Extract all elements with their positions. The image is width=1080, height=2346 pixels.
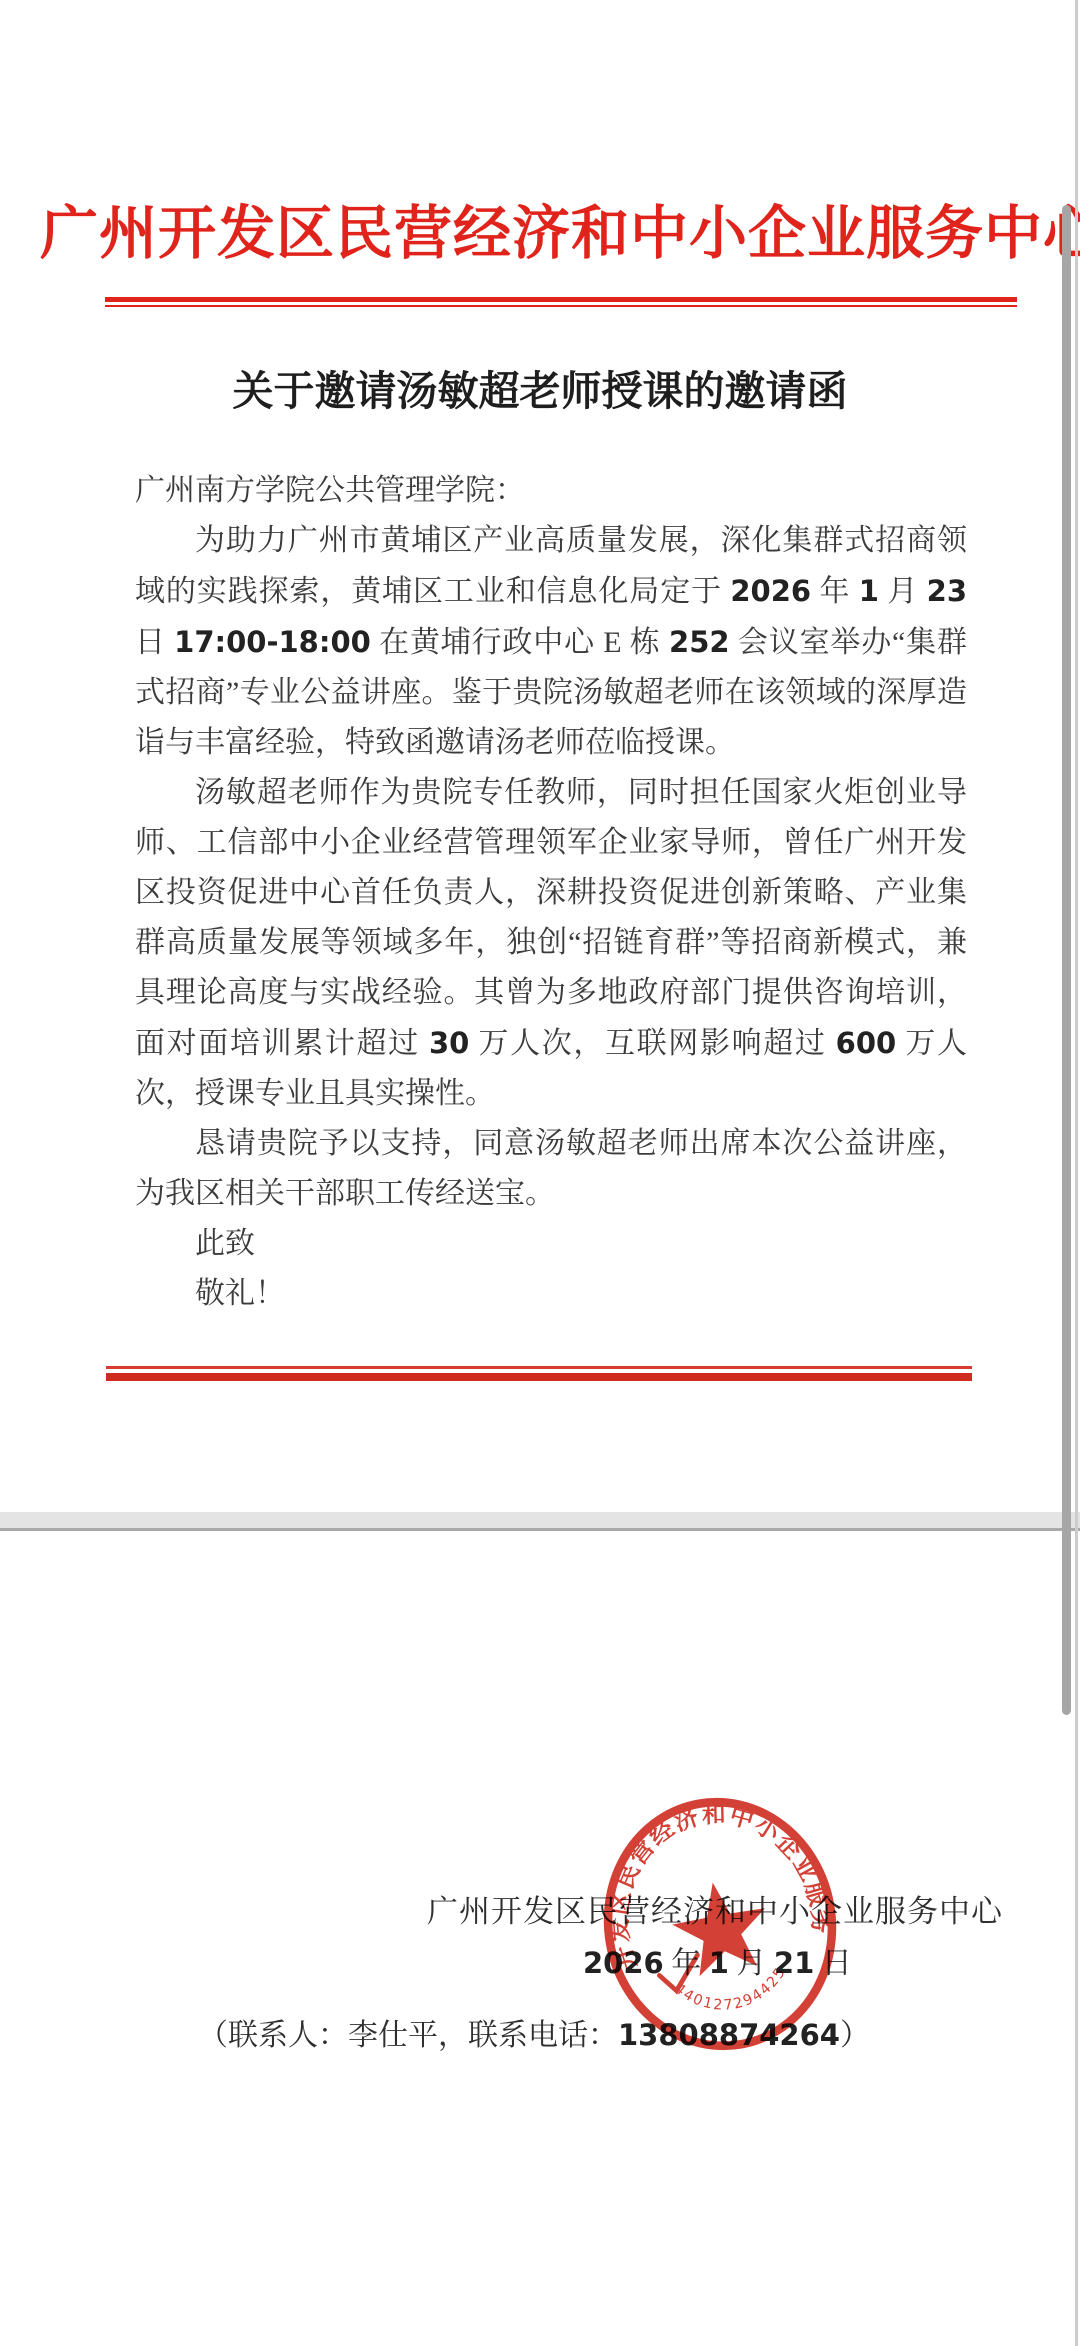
- closing-red-rule: [106, 1366, 972, 1381]
- document-body: 广州南方学院公共管理学院： 为助力广州市黄埔区产业高质量发展，深化集群式招商领域…: [135, 466, 967, 1319]
- scrollbar-thumb[interactable]: [1062, 205, 1071, 1715]
- page-separator: [0, 1512, 1080, 1531]
- document-viewer: { "colors":{"red":"#e0241c","seal_red":"…: [0, 0, 1080, 2346]
- page-edge-line: [1075, 0, 1078, 2346]
- body-paragraph: 为助力广州市黄埔区产业高质量发展，深化集群式招商领域的实践探索，黄埔区工业和信息…: [135, 516, 967, 768]
- star-icon: [666, 1874, 774, 1979]
- seal-check-mark: [657, 1955, 703, 1993]
- salutation: 广州南方学院公共管理学院：: [135, 466, 967, 516]
- closing-cizhi: 此致: [135, 1219, 967, 1269]
- body-paragraph: 汤敏超老师作为贵院专任教师，同时担任国家火炬创业导师、工信部中小企业经营管理领军…: [135, 768, 967, 1119]
- official-seal-stamp: 广州开发区民营经济和中小企业服务中心 440127294425: [574, 1767, 866, 2082]
- closing-jingli: 敬礼！: [135, 1269, 967, 1319]
- body-paragraph: 恳请贵院予以支持，同意汤敏超老师出席本次公益讲座，为我区相关干部职工传经送宝。: [135, 1119, 967, 1219]
- letterhead-underline: [105, 297, 1017, 307]
- letterhead-title: 广州开发区民营经济和中小企业服务中心: [40, 188, 1040, 281]
- document-title: 关于邀请汤敏超老师授课的邀请函: [40, 358, 1040, 417]
